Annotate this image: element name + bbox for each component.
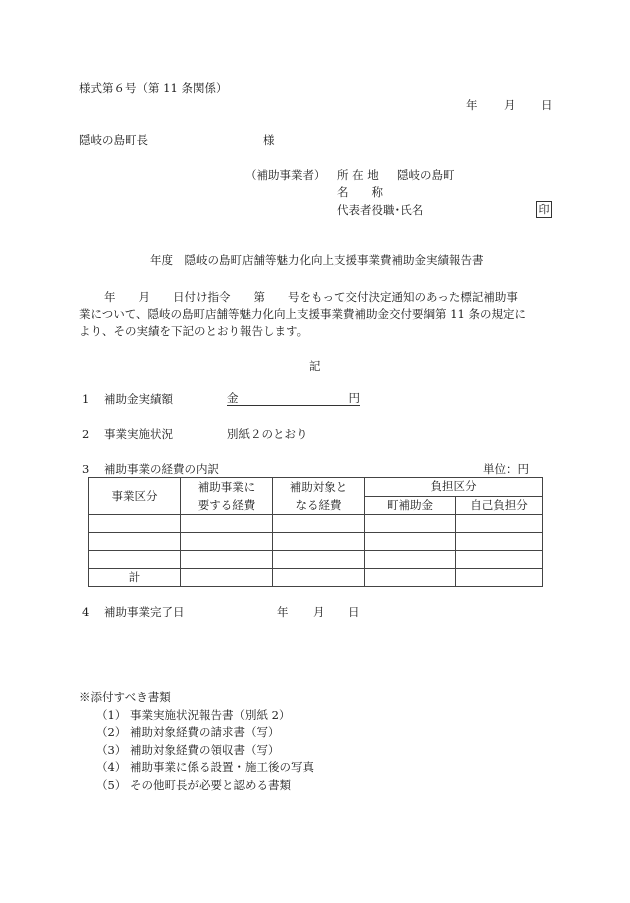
- unit-label: 単位：円: [483, 462, 529, 476]
- date-day: 日: [541, 98, 553, 112]
- table-row: [89, 533, 543, 551]
- cell[interactable]: [181, 551, 273, 569]
- completion-day: 日: [348, 605, 360, 619]
- item-2-label: 事業実施状況: [104, 427, 173, 441]
- cell[interactable]: [89, 533, 181, 551]
- attachment-item: （1） 事業実施状況報告書（別紙 2）: [96, 708, 290, 722]
- address-value: 隠岐の島町: [397, 168, 455, 182]
- item-1-label: 補助金実績額: [104, 392, 173, 406]
- ki-heading: 記: [309, 359, 321, 373]
- item-4-label: 補助事業完了日: [104, 605, 185, 619]
- item-3-number: 3: [82, 462, 89, 476]
- attachments-heading: ※添付すべき書類: [79, 690, 171, 704]
- body-line-1: 年 月 日付け指令 第 号をもって交付決定通知のあった標記補助事: [104, 290, 518, 304]
- cell[interactable]: [273, 515, 365, 533]
- cell[interactable]: [365, 569, 456, 587]
- completion-month: 月: [313, 605, 325, 619]
- representative-label: 代表者役職･氏名: [337, 203, 423, 217]
- header-burden-group: 負担区分: [365, 478, 543, 497]
- attachment-item: （5） その他町長が必要と認める書類: [96, 778, 291, 792]
- attachment-item: （3） 補助対象経費の領収書（写）: [96, 743, 279, 757]
- cost-breakdown-table: 事業区分 補助事業に要する経費 補助対象となる経費 負担区分 町補助金 自己負担…: [88, 477, 543, 587]
- cell[interactable]: [181, 569, 273, 587]
- cell[interactable]: [365, 551, 456, 569]
- cell[interactable]: [273, 551, 365, 569]
- cell[interactable]: [89, 515, 181, 533]
- cell[interactable]: [456, 551, 543, 569]
- cell[interactable]: [181, 515, 273, 533]
- cell[interactable]: [89, 551, 181, 569]
- body-line-2: 業について、隠岐の島町店舗等魅力化向上支援事業費補助金交付要綱第 11 条の規定…: [79, 307, 526, 321]
- seal-mark: 印: [536, 201, 552, 218]
- item-1-number: 1: [82, 392, 89, 406]
- cell[interactable]: [181, 533, 273, 551]
- table-row: [89, 551, 543, 569]
- document-title: 年度 隠岐の島町店舗等魅力化向上支援事業費補助金実績報告書: [150, 253, 484, 267]
- date-year: 年: [466, 98, 478, 112]
- cell[interactable]: [456, 533, 543, 551]
- table-total-row: 計: [89, 569, 543, 587]
- cell[interactable]: [456, 569, 543, 587]
- cell[interactable]: [365, 515, 456, 533]
- item-3-label: 補助事業の経費の内訳: [104, 462, 219, 476]
- completion-year: 年: [277, 605, 289, 619]
- attachment-item: （4） 補助事業に係る設置・施工後の写真: [96, 760, 314, 774]
- table-row: [89, 515, 543, 533]
- item-2-number: 2: [82, 427, 89, 441]
- amount-field[interactable]: 金 円: [227, 391, 360, 406]
- header-required-cost: 補助事業に要する経費: [181, 478, 273, 515]
- honorific: 様: [263, 133, 275, 147]
- attachment-item: （2） 補助対象経費の請求書（写）: [96, 725, 279, 739]
- addressee: 隠岐の島町長: [79, 133, 148, 147]
- header-eligible-cost: 補助対象となる経費: [273, 478, 365, 515]
- cell[interactable]: [273, 533, 365, 551]
- name-label: 名 称: [337, 185, 383, 199]
- address-label: 所 在 地: [337, 168, 379, 182]
- header-business-category: 事業区分: [89, 478, 181, 515]
- amount-suffix: 円: [349, 391, 361, 405]
- item-4-number: 4: [82, 605, 89, 619]
- cell[interactable]: [365, 533, 456, 551]
- cell[interactable]: [456, 515, 543, 533]
- header-self-burden: 自己負担分: [456, 496, 543, 515]
- cell[interactable]: [273, 569, 365, 587]
- item-2-value: 別紙２のとおり: [227, 427, 308, 441]
- total-label: 計: [89, 569, 181, 587]
- amount-prefix: 金: [227, 391, 239, 405]
- body-line-3: より、その実績を下記のとおり報告します。: [79, 324, 308, 338]
- applicant-label: （補助事業者）: [245, 168, 326, 182]
- table-header-row: 事業区分 補助事業に要する経費 補助対象となる経費 負担区分: [89, 478, 543, 497]
- header-town-subsidy: 町補助金: [365, 496, 456, 515]
- date-month: 月: [504, 98, 516, 112]
- form-number: 様式第６号（第 11 条関係）: [79, 81, 227, 95]
